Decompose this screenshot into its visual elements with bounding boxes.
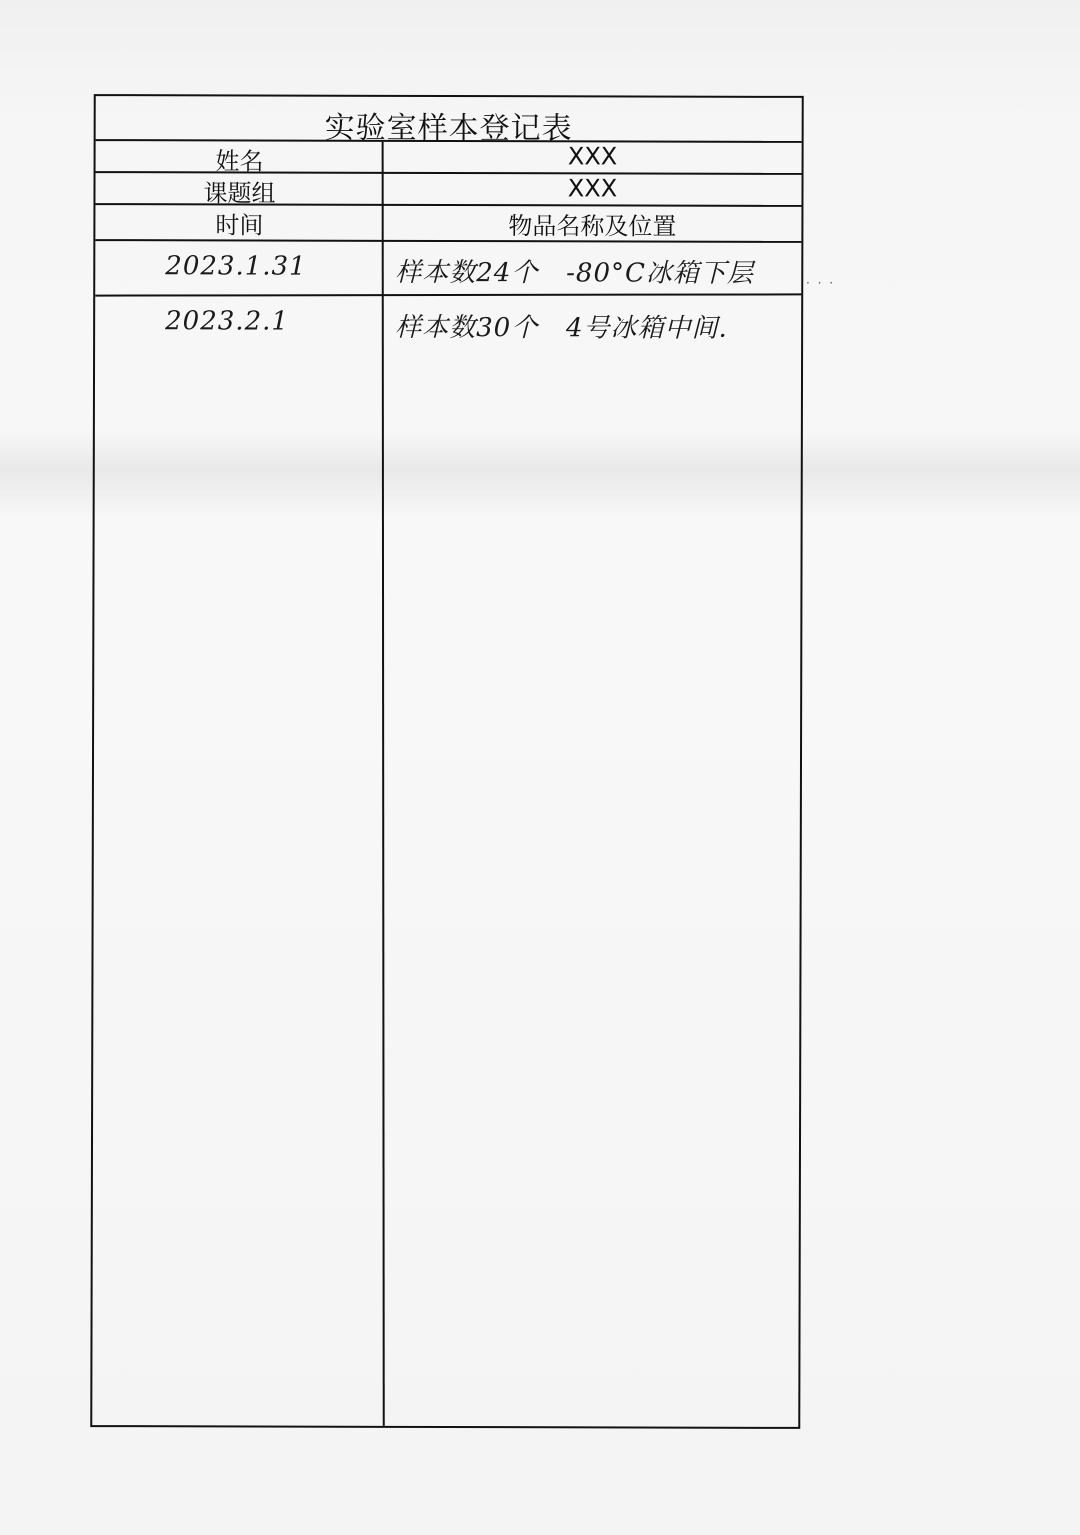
entry-description: 样本数30个 4号冰箱中间. (395, 307, 728, 345)
column-header-time: 时间 (95, 205, 383, 241)
stray-pen-marks: · · · (806, 276, 835, 290)
column-divider (382, 142, 385, 1426)
form-title-row: 实验室样本登记表 (96, 96, 802, 143)
name-value: XXX (384, 142, 802, 171)
column-header-row: 时间 物品名称及位置 (95, 205, 801, 243)
entry-description: 样本数24个 -80°C冰箱下层 (395, 252, 754, 290)
name-label: 姓名 (96, 141, 384, 177)
group-label: 课题组 (95, 173, 383, 209)
sample-registration-form: 实验室样本登记表 姓名 XXX 课题组 XXX 时间 物品名称及位置 2023.… (90, 94, 803, 1429)
name-row: 姓名 XXX (96, 141, 802, 175)
entry-date: 2023.2.1 (165, 306, 289, 336)
entry-date: 2023.1.31 (165, 251, 306, 281)
column-header-item: 物品名称及位置 (383, 206, 801, 242)
group-row: 课题组 XXX (95, 173, 801, 207)
group-value: XXX (383, 174, 801, 203)
